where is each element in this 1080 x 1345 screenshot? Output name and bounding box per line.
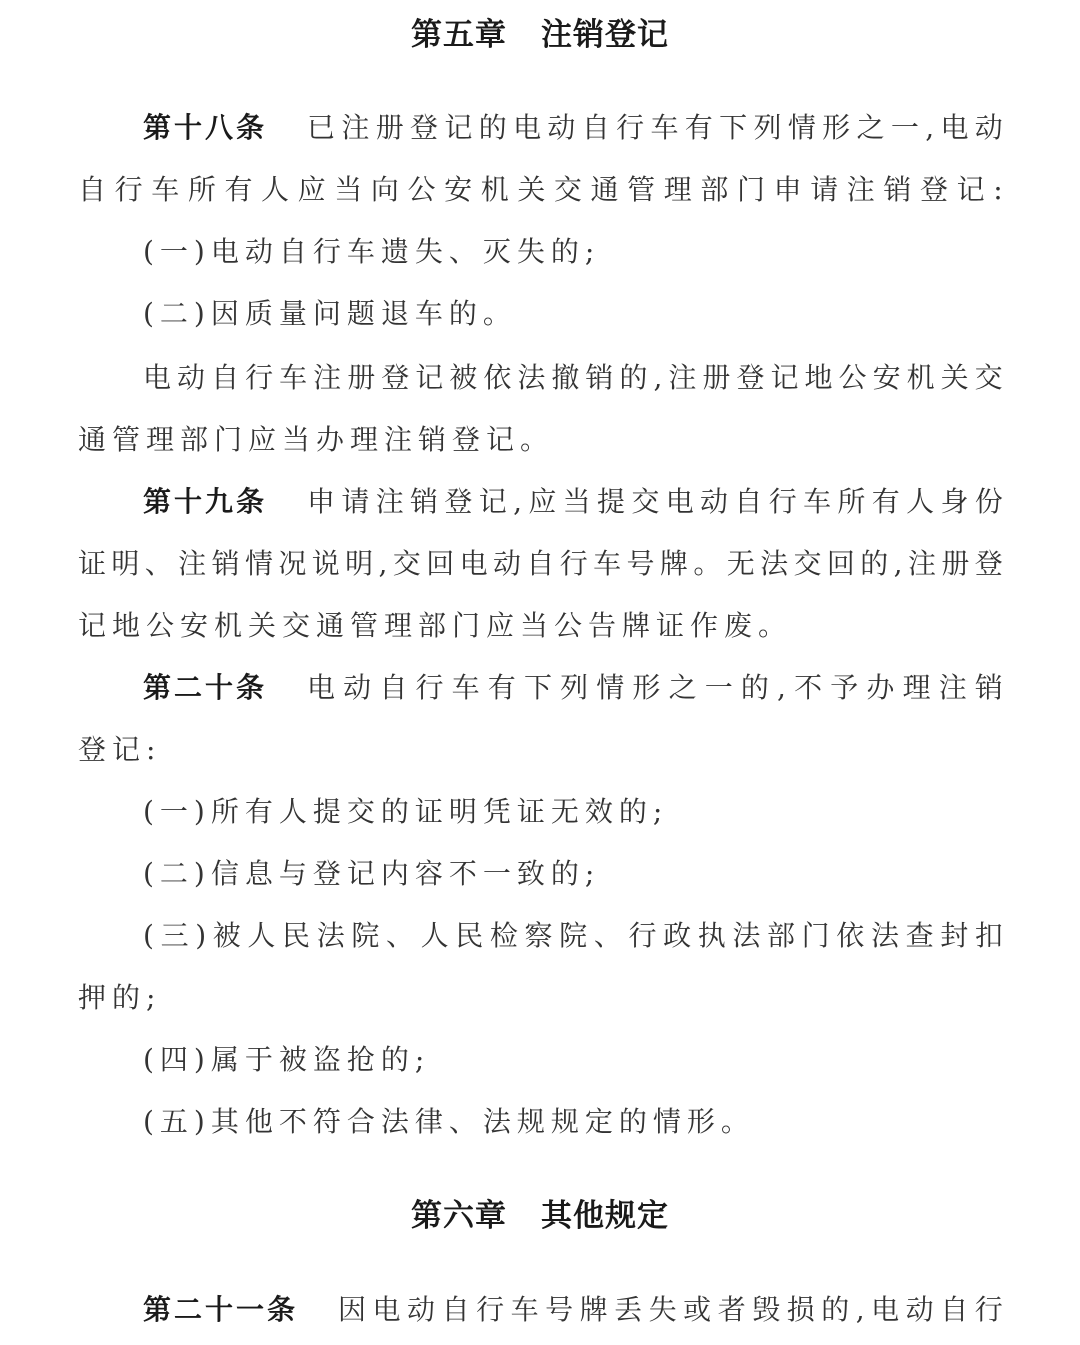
article-19-line-3: 记地公安机关交通管理部门应当公告牌证作废。 <box>78 604 1003 648</box>
chapter-6-heading: 第六章其他规定 <box>0 1194 1080 1238</box>
article-18-para-2-line-2: 通管理部门应当办理注销登记。 <box>78 418 1003 462</box>
article-18-line-1: 第十八条 已注册登记的电动自行车有下列情形之一,电动 <box>143 106 1003 150</box>
article-19-label: 第十九条 <box>143 480 267 524</box>
article-19-line-2: 证明、注销情况说明,交回电动自行车号牌。无法交回的,注册登 <box>78 542 1003 586</box>
article-20-item-4: (四)属于被盗抢的; <box>143 1038 430 1082</box>
chapter-6-number: 第六章 <box>411 1198 507 1234</box>
article-19-text-1: 申请注销登记,应当提交电动自行车所有人身份 <box>307 480 1003 524</box>
article-21-line-1: 第二十一条 因电动自行车号牌丢失或者毁损的,电动自行 <box>143 1288 1003 1332</box>
chapter-5-heading: 第五章注销登记 <box>0 13 1080 57</box>
article-19-line-1: 第十九条 申请注销登记,应当提交电动自行车所有人身份 <box>143 480 1003 524</box>
article-20-line-2: 登记: <box>78 728 1003 772</box>
document-page: 第五章注销登记 第十八条 已注册登记的电动自行车有下列情形之一,电动 自行车所有… <box>0 0 1080 1345</box>
article-20-line-1: 第二十条 电动自行车有下列情形之一的,不予办理注销 <box>143 666 1003 710</box>
article-18-text-1: 已注册登记的电动自行车有下列情形之一,电动 <box>307 106 1003 150</box>
article-21-label: 第二十一条 <box>143 1288 298 1332</box>
article-20-item-1: (一)所有人提交的证明凭证无效的; <box>143 790 668 834</box>
article-18-item-2: (二)因质量问题退车的。 <box>143 292 517 336</box>
chapter-5-number: 第五章 <box>411 17 507 53</box>
article-21-text-1: 因电动自行车号牌丢失或者毁损的,电动自行 <box>338 1288 1003 1332</box>
article-18-label: 第十八条 <box>143 106 267 150</box>
article-20-item-3-cont: 押的; <box>78 976 1003 1020</box>
article-20-item-2: (二)信息与登记内容不一致的; <box>143 852 600 896</box>
article-20-text-1: 电动自行车有下列情形之一的,不予办理注销 <box>307 666 1003 710</box>
chapter-5-title: 注销登记 <box>541 17 669 53</box>
article-20-item-3: (三)被人民法院、人民检察院、行政执法部门依法查封扣 <box>143 914 1003 958</box>
article-18-item-1: (一)电动自行车遗失、灭失的; <box>143 230 600 274</box>
article-20-item-5: (五)其他不符合法律、法规规定的情形。 <box>143 1100 755 1144</box>
article-18-para-2-line-1: 电动自行车注册登记被依法撤销的,注册登记地公安机关交 <box>143 356 1003 400</box>
chapter-6-title: 其他规定 <box>541 1198 669 1234</box>
article-20-label: 第二十条 <box>143 666 267 710</box>
article-18-line-2: 自行车所有人应当向公安机关交通管理部门申请注销登记: <box>78 168 1003 212</box>
